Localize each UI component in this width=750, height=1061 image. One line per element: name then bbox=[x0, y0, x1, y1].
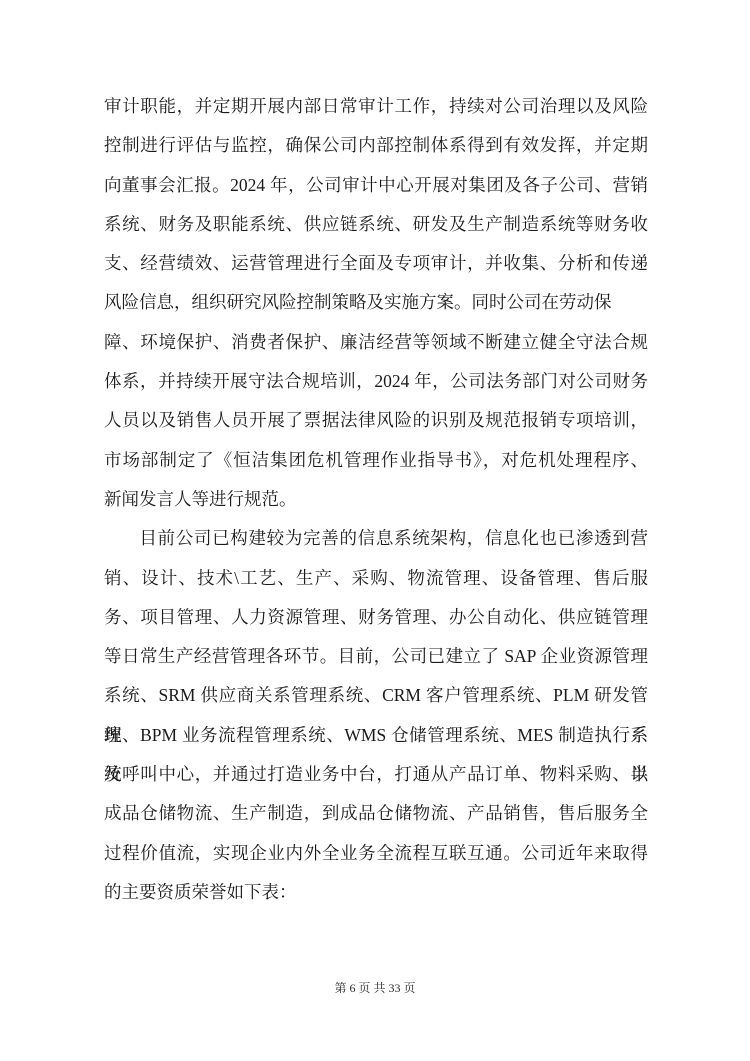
page-number: 第 6 页 共 33 页 bbox=[334, 981, 415, 995]
text-line: 目前公司已构建较为完善的信息系统架构，信息化也已渗透到营 bbox=[104, 519, 648, 558]
text-line: 支、经营绩效、运营管理进行全面及专项审计，并收集、分析和传递 bbox=[104, 244, 648, 283]
page-footer: 第 6 页 共 33 页 bbox=[0, 981, 750, 995]
text-line: 等日常生产经营管理各环节。目前，公司已建立了 SAP 企业资源管理 bbox=[104, 637, 648, 676]
text-line: 审计职能，并定期开展内部日常审计工作，持续对公司治理以及风险 bbox=[104, 87, 648, 126]
text-line: 销、设计、技术\工艺、生产、采购、物流管理、设备管理、售后服 bbox=[104, 559, 648, 598]
text-line: 及呼叫中心，并通过打造业务中台，打通从产品订单、物料采购、半 bbox=[104, 755, 648, 794]
text-line: 市场部制定了《恒洁集团危机管理作业指导书》，对危机处理程序、 bbox=[104, 441, 648, 480]
text-line: 系统、财务及职能系统、供应链系统、研发及生产制造系统等财务收 bbox=[104, 205, 648, 244]
text-line: 障、环境保护、消费者保护、廉洁经营等领域不断建立健全守法合规 bbox=[104, 323, 648, 362]
text-line: 新闻发言人等进行规范。 bbox=[104, 480, 648, 519]
page-body-text: 审计职能，并定期开展内部日常审计工作，持续对公司治理以及风险 控制进行评估与监控… bbox=[104, 87, 648, 912]
text-line: 过程价值流，实现企业内外全业务全流程互联互通。公司近年来取得 bbox=[104, 834, 648, 873]
text-line: 的主要资质荣誉如下表： bbox=[104, 873, 648, 912]
text-line: 体系，并持续开展守法合规培训，2024 年，公司法务部门对公司财务 bbox=[104, 362, 648, 401]
text-line: 务、项目管理、人力资源管理、财务管理、办公自动化、供应链管理 bbox=[104, 598, 648, 637]
text-line: 成品仓储物流、生产制造，到成品仓储物流、产品销售，售后服务全 bbox=[104, 794, 648, 833]
text-line: 系统、SRM 供应商关系管理系统、CRM 客户管理系统、PLM 研发管理系 bbox=[104, 676, 648, 715]
text-line: 人员以及销售人员开展了票据法律风险的识别及规范报销专项培训， bbox=[104, 401, 648, 440]
text-line: 统、BPM 业务流程管理系统、WMS 仓储管理系统、MES 制造执行系统以 bbox=[104, 716, 648, 755]
document-page: 审计职能，并定期开展内部日常审计工作，持续对公司治理以及风险 控制进行评估与监控… bbox=[0, 0, 750, 1061]
text-line: 风险信息，组织研究风险控制策略及实施方案。同时公司在劳动保 bbox=[104, 283, 648, 322]
text-line: 向董事会汇报。2024 年，公司审计中心开展对集团及各子公司、营销 bbox=[104, 166, 648, 205]
text-line: 控制进行评估与监控，确保公司内部控制体系得到有效发挥，并定期 bbox=[104, 126, 648, 165]
